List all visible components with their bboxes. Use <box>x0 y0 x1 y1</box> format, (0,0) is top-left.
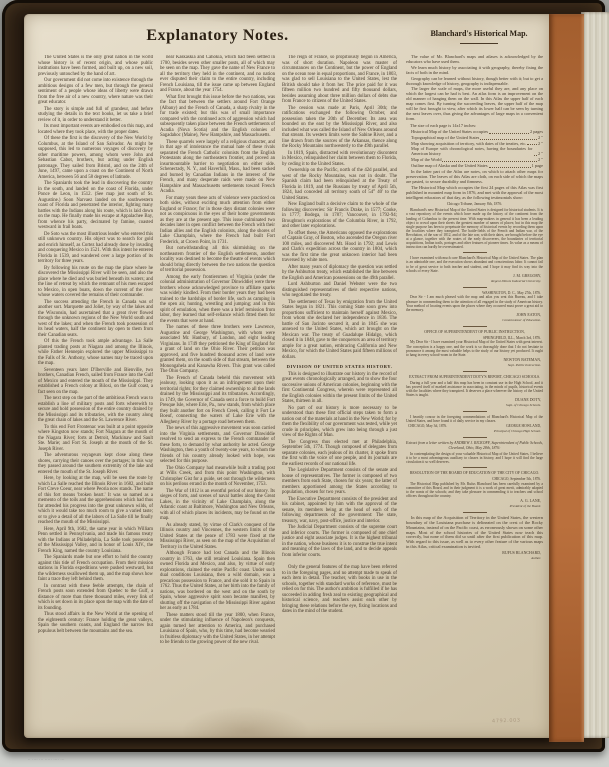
pencil-inscription: 4792.003 <box>492 718 521 725</box>
paragraph: The names of these three brothers were L… <box>160 325 275 375</box>
toc-label: Topographical map of the United States <box>411 136 479 141</box>
fine-print-paragraph: I heartily concur in the foregoing comme… <box>406 415 543 423</box>
separator-rule <box>463 326 487 327</box>
paragraph: The United States is the only great nati… <box>38 55 153 77</box>
toc-value: 2 " <box>538 136 543 141</box>
paragraph: Only the general features of the map hav… <box>282 565 397 615</box>
paragraph: The Legislative Department consists of t… <box>282 468 397 496</box>
paragraph: The War of 1812 is an eventful period of… <box>160 489 275 522</box>
fine-print-paragraph: My Dear Sir - I have examined your Histo… <box>406 340 543 356</box>
paragraph: But notwithstanding all this skirmishing… <box>160 246 275 274</box>
fine-print-paragraph: The Historical Map published by Mr. Rufu… <box>406 482 543 498</box>
paragraph: Geography can be learned without history… <box>406 77 543 87</box>
paragraph: We learn much history by associating it … <box>406 66 543 76</box>
toc-leader-dots <box>489 133 529 134</box>
collection-label: ·· ···· ··· ····· ···· ··· <box>28 758 65 762</box>
paragraph: The Congress thus elected met at Philade… <box>282 440 397 468</box>
separator-rule <box>463 371 487 372</box>
separator-rule <box>463 512 487 513</box>
separator-rule <box>463 287 487 288</box>
paragraph: This is designed to illustrate our histo… <box>282 372 397 405</box>
paragraph: For many years these acts of violence we… <box>160 196 275 246</box>
paragraph: The news of this aggressive movement was… <box>160 426 275 465</box>
paragraph: Our government did not come into existen… <box>38 78 153 106</box>
paragraph: What first brought this issue before the… <box>160 95 275 139</box>
paragraph: The next step on the part of the ambitio… <box>38 396 153 424</box>
paragraph: In this map of the Acquisition of Territ… <box>406 516 543 550</box>
paragraph: The Executive Department consists of the… <box>282 497 397 525</box>
fine-print-paragraph: Dear Sir - I am much pleased with the ma… <box>406 295 543 311</box>
centered-note: Extract from a letter written by ANDREW … <box>406 441 543 451</box>
paragraph: Lord Ashburton and Daniel Webster were t… <box>282 282 397 299</box>
text-column-3: The reign of France, so propitiously beg… <box>282 55 397 731</box>
signature-title: Supt. of Chicago Schools. <box>408 403 541 408</box>
toc-label: Historical Map of the United States occu… <box>411 130 488 135</box>
binding-strip <box>549 14 584 742</box>
paragraph: No part of our history is more necessary… <box>282 406 397 439</box>
toc-value: 2 pages <box>530 130 543 135</box>
paragraph: The story is simple and full of grandeur… <box>38 107 153 124</box>
paragraph: Seventeen years later D'Iberville and Bi… <box>38 368 153 396</box>
signature-title: President of the Board. <box>408 504 541 509</box>
toc-label: Map of Europe with chronological notes, … <box>411 147 533 157</box>
signature-title: Principal of Chicago High School. <box>408 429 541 434</box>
separator-rule <box>463 252 487 253</box>
page-title: Explanatory Notes. <box>38 27 397 45</box>
toc-leader-dots <box>489 167 531 168</box>
separator-rule <box>463 437 487 438</box>
paragraph: By following his route on the map the pl… <box>38 266 153 299</box>
paragraph: The Judicial Department consists of the … <box>282 525 397 558</box>
paragraph: As already stated, by virtue of Clark's … <box>160 523 275 551</box>
paragraph: The settlement of Texas by emigration fr… <box>282 300 397 361</box>
paragraph: In the latter part of the Atlas are note… <box>406 170 543 185</box>
toc-row: Topographical map of the United States2 … <box>406 136 543 141</box>
paragraph: The value of Mr. Blanchard's maps and at… <box>406 55 543 65</box>
paragraph: Ownership on the Pacific, north of the 4… <box>282 168 397 201</box>
centered-line: RESOLUTION OF THE BOARD OF EDUCATION OF … <box>406 471 543 476</box>
paragraph: Its most important events are embodied o… <box>38 124 153 135</box>
paragraph: The Spaniards made but one effort to hol… <box>38 555 153 583</box>
toc-leader-dots <box>480 139 537 140</box>
paragraph: New England built a decisive claim to th… <box>282 202 397 230</box>
signature-title: Regent Illinois Industrial University. <box>408 279 541 284</box>
testimonials-column: The value of Mr. Blanchard's maps and at… <box>406 55 543 731</box>
paragraph: To this end Fort Frontenac was built at … <box>38 425 153 453</box>
photo-background: Explanatory Notes. Blanchard's Historica… <box>0 0 609 767</box>
toc-leader-dots <box>442 161 537 162</box>
toc-heading: The size of each page is 14x17 inches: <box>406 124 543 129</box>
paragraph: The Spaniards took the lead in discoveri… <box>38 181 153 231</box>
separator-rule <box>463 411 487 412</box>
paragraph: These matters stood till the year 1800, … <box>160 613 275 646</box>
section-heading: DIVISION OF UNITED STATES HISTORY. <box>282 364 397 370</box>
paragraph: Among the early frontiersmen of Virginia… <box>160 275 275 325</box>
paragraph: After many years of diplomacy the questi… <box>282 265 397 282</box>
fine-print-paragraph: In contemplating the design of your valu… <box>406 452 543 464</box>
toc-value: 2 " <box>538 142 543 147</box>
text-column-1: The United States is the only great nati… <box>38 55 153 731</box>
paragraph: Of these the first is the discovery of t… <box>38 136 153 180</box>
paragraph: The Ohio Company had meanwhile built a t… <box>160 466 275 488</box>
centered-line: Chicago Tribune, January 8th, 1876. <box>406 202 543 207</box>
paragraph: The Historical Map which occupies the fi… <box>406 186 543 201</box>
paragraph: Here, by looking at the map, will be see… <box>38 476 153 526</box>
signature-title: Author. <box>408 556 541 561</box>
toc-leader-dots <box>534 155 537 156</box>
page-fore-edges <box>581 12 609 738</box>
toc-row: Map of Europe with chronological notes, … <box>406 147 543 157</box>
toc-leader-dots <box>527 144 537 145</box>
paragraph: In contrast with these feeble attempts, … <box>38 584 153 612</box>
fine-print-paragraph: I have examined with much care Blanchard… <box>406 256 543 272</box>
paragraph: In 1819, Spain, distracted with revoluti… <box>282 151 397 168</box>
paragraph: Of this the French took ample advantage.… <box>38 339 153 367</box>
atlas-page: Explanatory Notes. Blanchard's Historica… <box>24 14 551 738</box>
paragraph: The larger the scale of maps, the more u… <box>406 87 543 121</box>
paragraph: Here, April 9th, 1682, the same year in … <box>38 527 153 555</box>
fine-print-paragraph: Blanchard's new Historical Map of the Un… <box>406 208 543 249</box>
toc-row: Historical Map of the United States occu… <box>406 130 543 135</box>
signature-title: Commissioner of Education. <box>408 318 541 323</box>
paragraph: The adventurous voyageurs kept close alo… <box>38 453 153 475</box>
paragraph: These quarrels were largely of a religio… <box>160 140 275 195</box>
paragraph: The success attending the French in Cana… <box>38 300 153 339</box>
centered-line: OFFICE OF SUPERINTENDENT OF PUBLIC INSTR… <box>406 330 543 335</box>
text-column-2: near Kaskaskia and Cahokia, which had be… <box>160 55 275 731</box>
paragraph: Although France had lost Canada and the … <box>160 551 275 612</box>
paragraph: De Soto was the most illustrious leader … <box>38 232 153 265</box>
paragraph: The French of Canada beheld this movemen… <box>160 376 275 426</box>
place-date: CHICAGO, May 3d, 1876. <box>408 424 447 429</box>
separator-rule <box>463 467 487 468</box>
signature-title: Supt. Public Instruction. <box>408 363 541 368</box>
map-section-title: Blanchard's Historical Map. <box>414 29 544 38</box>
paragraph: Thus stood affairs in the New World at t… <box>38 612 153 634</box>
centered-line: EXTRACT FROM SUPERINTENDENT DOTY'S REPOR… <box>406 375 543 380</box>
paragraph: To offset these, the Americans opposed t… <box>282 231 397 264</box>
title-rule <box>460 43 498 44</box>
paragraph: near Kaskaskia and Cahokia, which had be… <box>160 55 275 94</box>
fine-print-paragraph: During a full year and a half this map h… <box>406 381 543 397</box>
paragraph: The cession was made at Paris, April 30t… <box>282 106 397 150</box>
paragraph: The reign of France, so propitiously beg… <box>282 55 397 105</box>
